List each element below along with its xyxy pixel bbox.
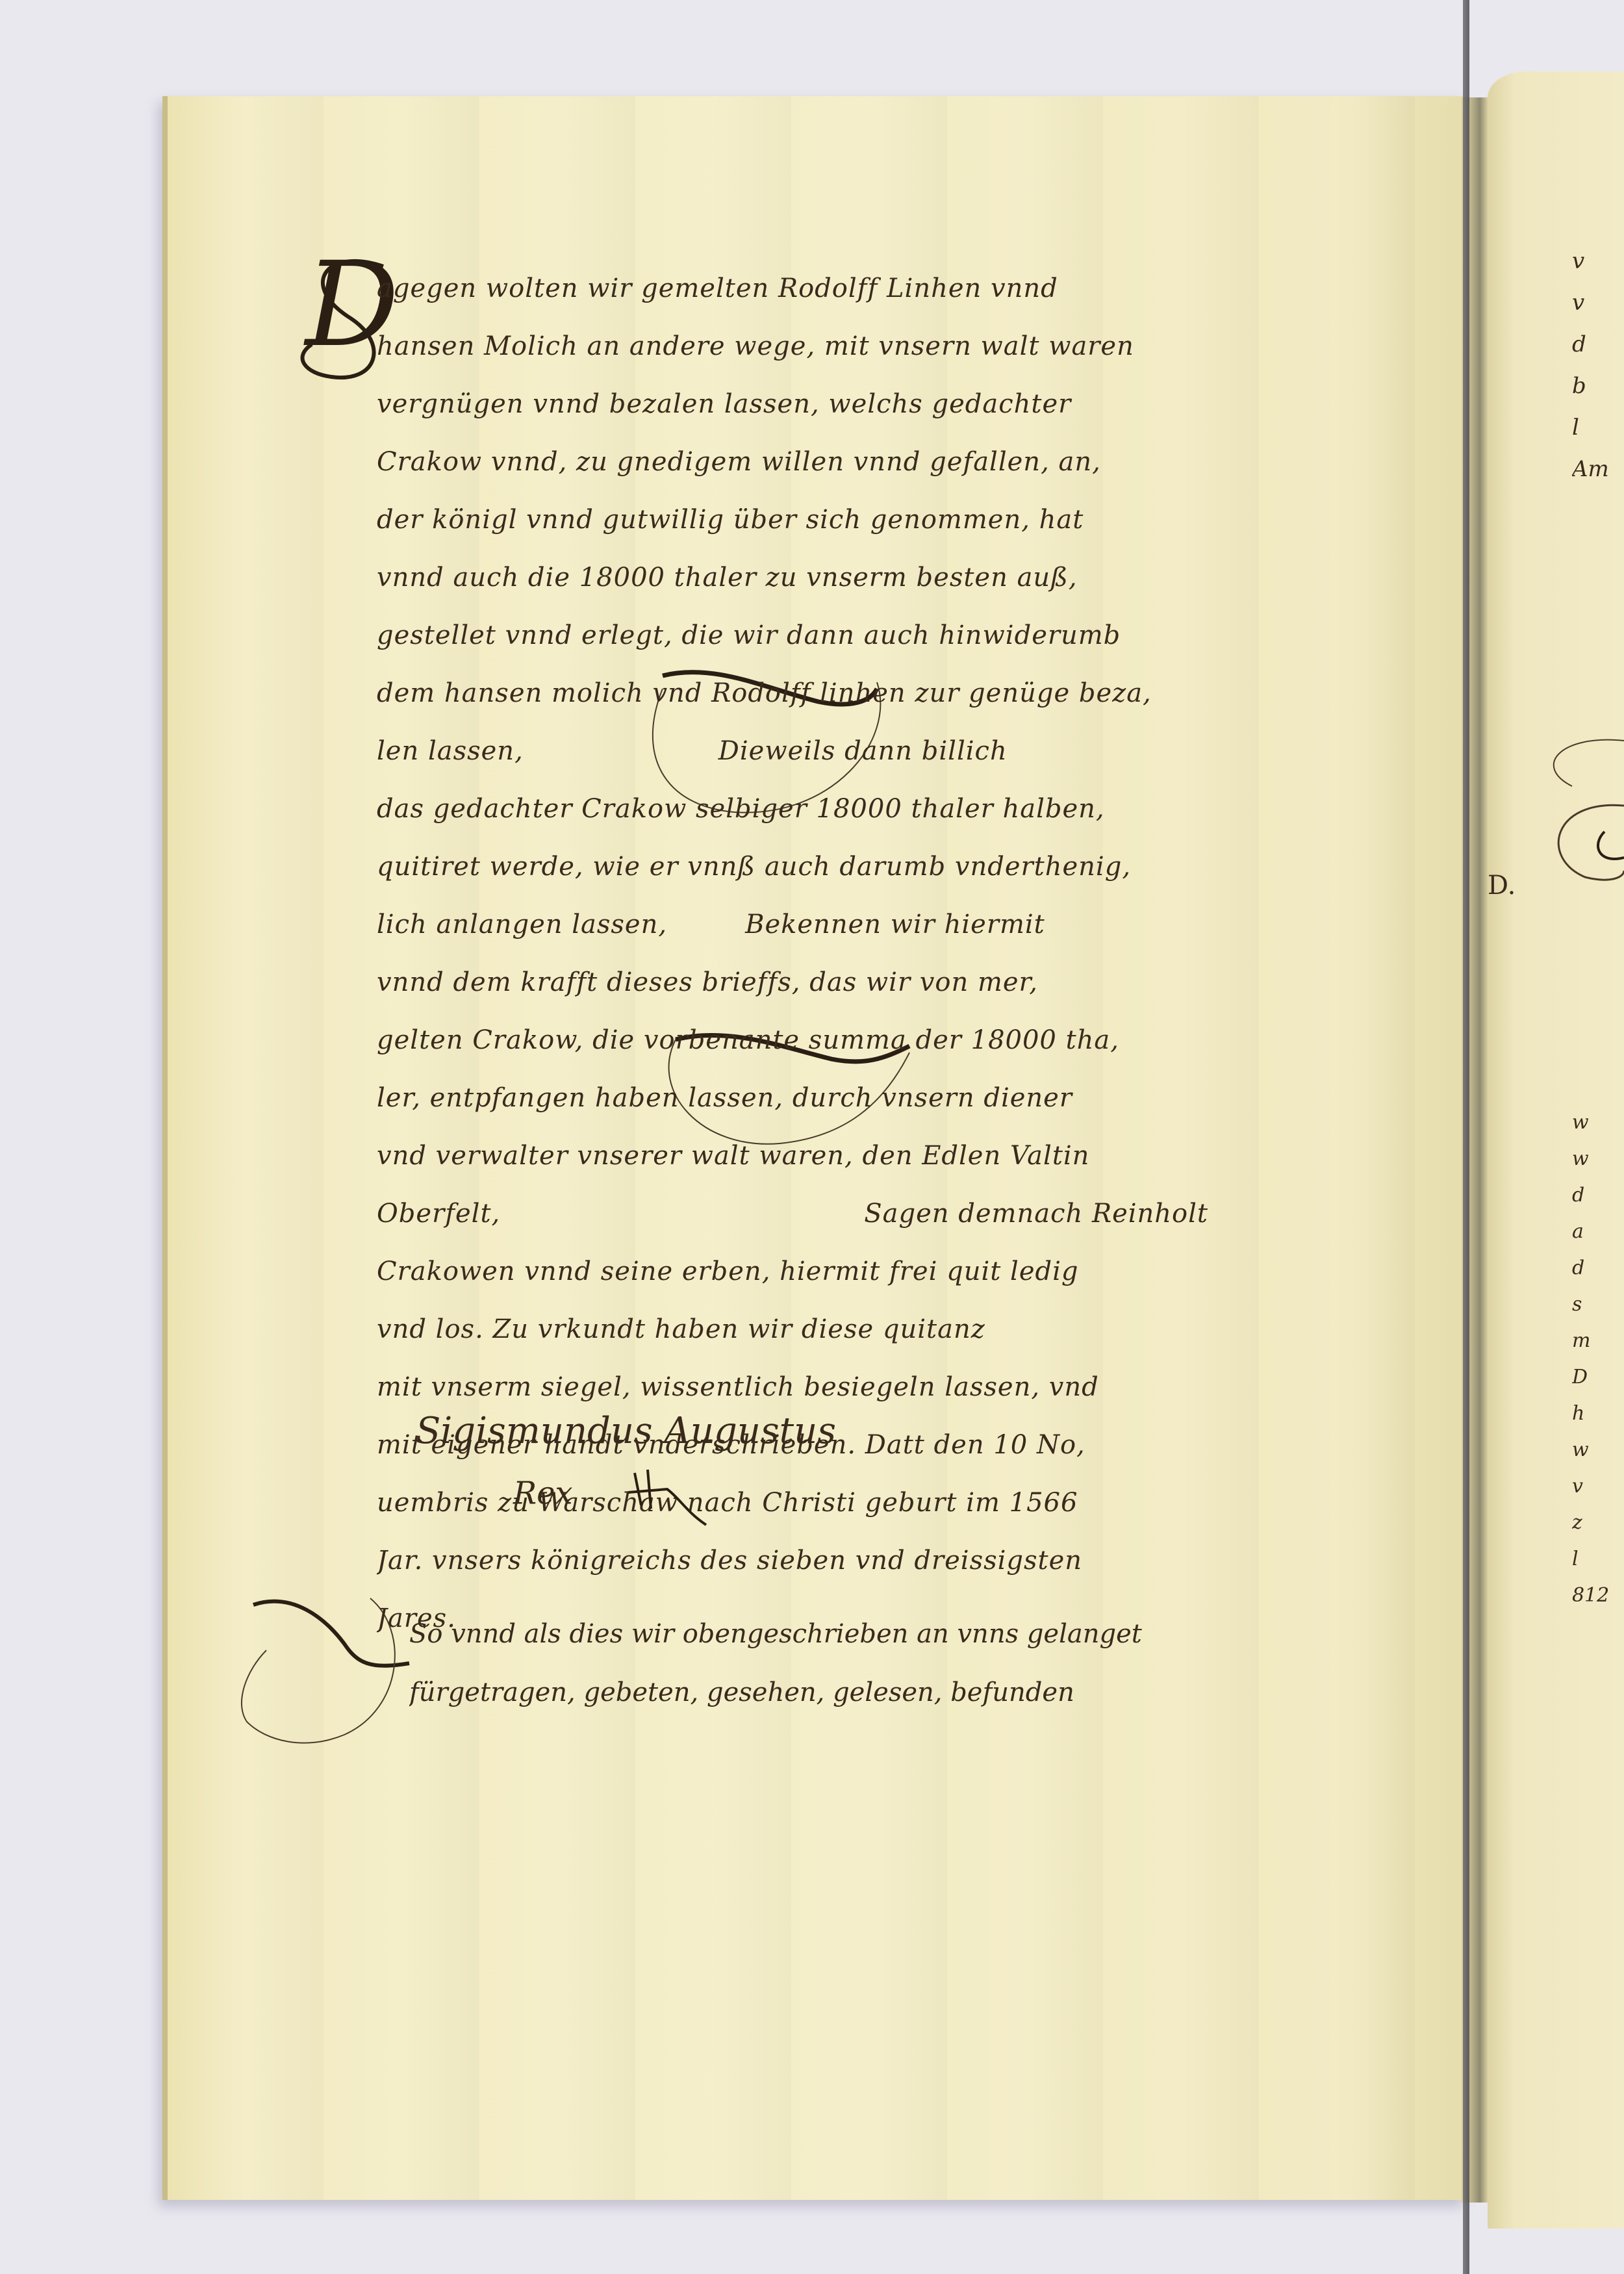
text-line: vnd los. Zu vrkundt haben wir diese quit… (377, 1301, 1299, 1359)
signum-monogram-icon (622, 1460, 713, 1531)
text-line: Crakow vnnd, zu gnedigem willen vnnd gef… (377, 433, 1299, 491)
text-line: So vnnd als dies wir obengeschrieben an … (409, 1605, 1319, 1663)
text-fragment: Sagen demnach Reinholt (864, 1199, 1208, 1229)
text-fragment: w (1572, 1432, 1624, 1468)
text-line: mit vnserm siegel, wissentlich besiegeln… (377, 1359, 1299, 1416)
text-fragment: Bekennen wir hiermit (745, 910, 1045, 939)
text-fragment: m (1572, 1323, 1624, 1359)
text-fragment: 812 (1572, 1578, 1624, 1614)
royal-signature: Sigismundus Augustus Rex (416, 1410, 836, 1531)
text-fragment: D (1572, 1359, 1624, 1396)
text-fragment: Oberfelt, (377, 1199, 500, 1229)
text-line: quitiret werde, wie er vnnß auch darumb … (377, 838, 1299, 896)
text-line: der königl vnnd gutwillig über sich geno… (377, 491, 1299, 549)
text-fragment: v (1572, 1468, 1624, 1505)
text-fragment: w (1572, 1105, 1624, 1141)
text-line: hansen Molich an andere wege, mit vnsern… (377, 318, 1299, 376)
text-fragment: h (1572, 1396, 1624, 1432)
text-line: vnnd auch die 18000 thaler zu vnserm bes… (377, 549, 1299, 607)
text-fragment: d (1572, 1250, 1624, 1286)
text-fragment: Dieweils dann billich (718, 736, 1008, 766)
text-line: Jar. vnsers königreichs des sieben vnd d… (377, 1532, 1299, 1590)
text-fragment: l (1572, 1541, 1624, 1578)
text-fragment: l (1572, 407, 1624, 448)
text-fragment: w (1572, 1141, 1624, 1177)
text-fragment: len lassen, (377, 736, 524, 766)
text-line: dem hansen molich vnd Rodolff linhen zur… (377, 665, 1299, 722)
facing-page-text-upper: v v d b l Am (1572, 240, 1624, 490)
text-line: vnd verwalter vnserer walt waren, den Ed… (377, 1127, 1299, 1185)
text-fragment: v (1572, 240, 1624, 282)
text-fragment: d (1572, 1177, 1624, 1214)
text-fragment: b (1572, 365, 1624, 407)
text-line: fürgetragen, gebeten, gesehen, gelesen, … (409, 1663, 1319, 1722)
book-spine-shadow (1463, 0, 1469, 2274)
text-fragment: d (1572, 324, 1624, 365)
text-fragment: a (1572, 1214, 1624, 1250)
margin-letter-marker: D. (1488, 871, 1516, 901)
text-fragment: z (1572, 1505, 1624, 1541)
text-line: lich anlangen lassen,Bekennen wir hiermi… (377, 896, 1299, 954)
text-line: gelten Crakow, die vorbenante summa der … (377, 1012, 1299, 1069)
text-fragment: v (1572, 282, 1624, 324)
text-line: ler, entpfangen haben lassen, durch vnse… (377, 1069, 1299, 1127)
closing-paragraph: So vnnd als dies wir obengeschrieben an … (409, 1605, 1319, 1722)
facing-page-text-lower: w w d a d s m D h w v z l 812 (1572, 1105, 1624, 1614)
text-line: Oberfelt,Sagen demnach Reinholt (377, 1185, 1299, 1243)
text-line: agegen wolten wir gemelten Rodolff Linhe… (377, 260, 1299, 318)
signature-title: Rex (513, 1460, 836, 1531)
signature-name: Sigismundus Augustus (416, 1410, 836, 1452)
text-line: das gedachter Crakow selbiger 18000 thal… (377, 780, 1299, 838)
text-line: gestellet vnnd erlegt, die wir dann auch… (377, 607, 1299, 665)
text-line: len lassen,Dieweils dann billich (377, 722, 1299, 780)
text-fragment: s (1572, 1286, 1624, 1323)
text-fragment: lich anlangen lassen, (377, 910, 667, 939)
text-line: vergnügen vnnd bezalen lassen, welchs ge… (377, 376, 1299, 433)
text-line: Crakowen vnnd seine erben, hiermit frei … (377, 1243, 1299, 1301)
text-fragment: Am (1572, 448, 1624, 490)
text-line: vnnd dem krafft dieses brieffs, das wir … (377, 954, 1299, 1012)
